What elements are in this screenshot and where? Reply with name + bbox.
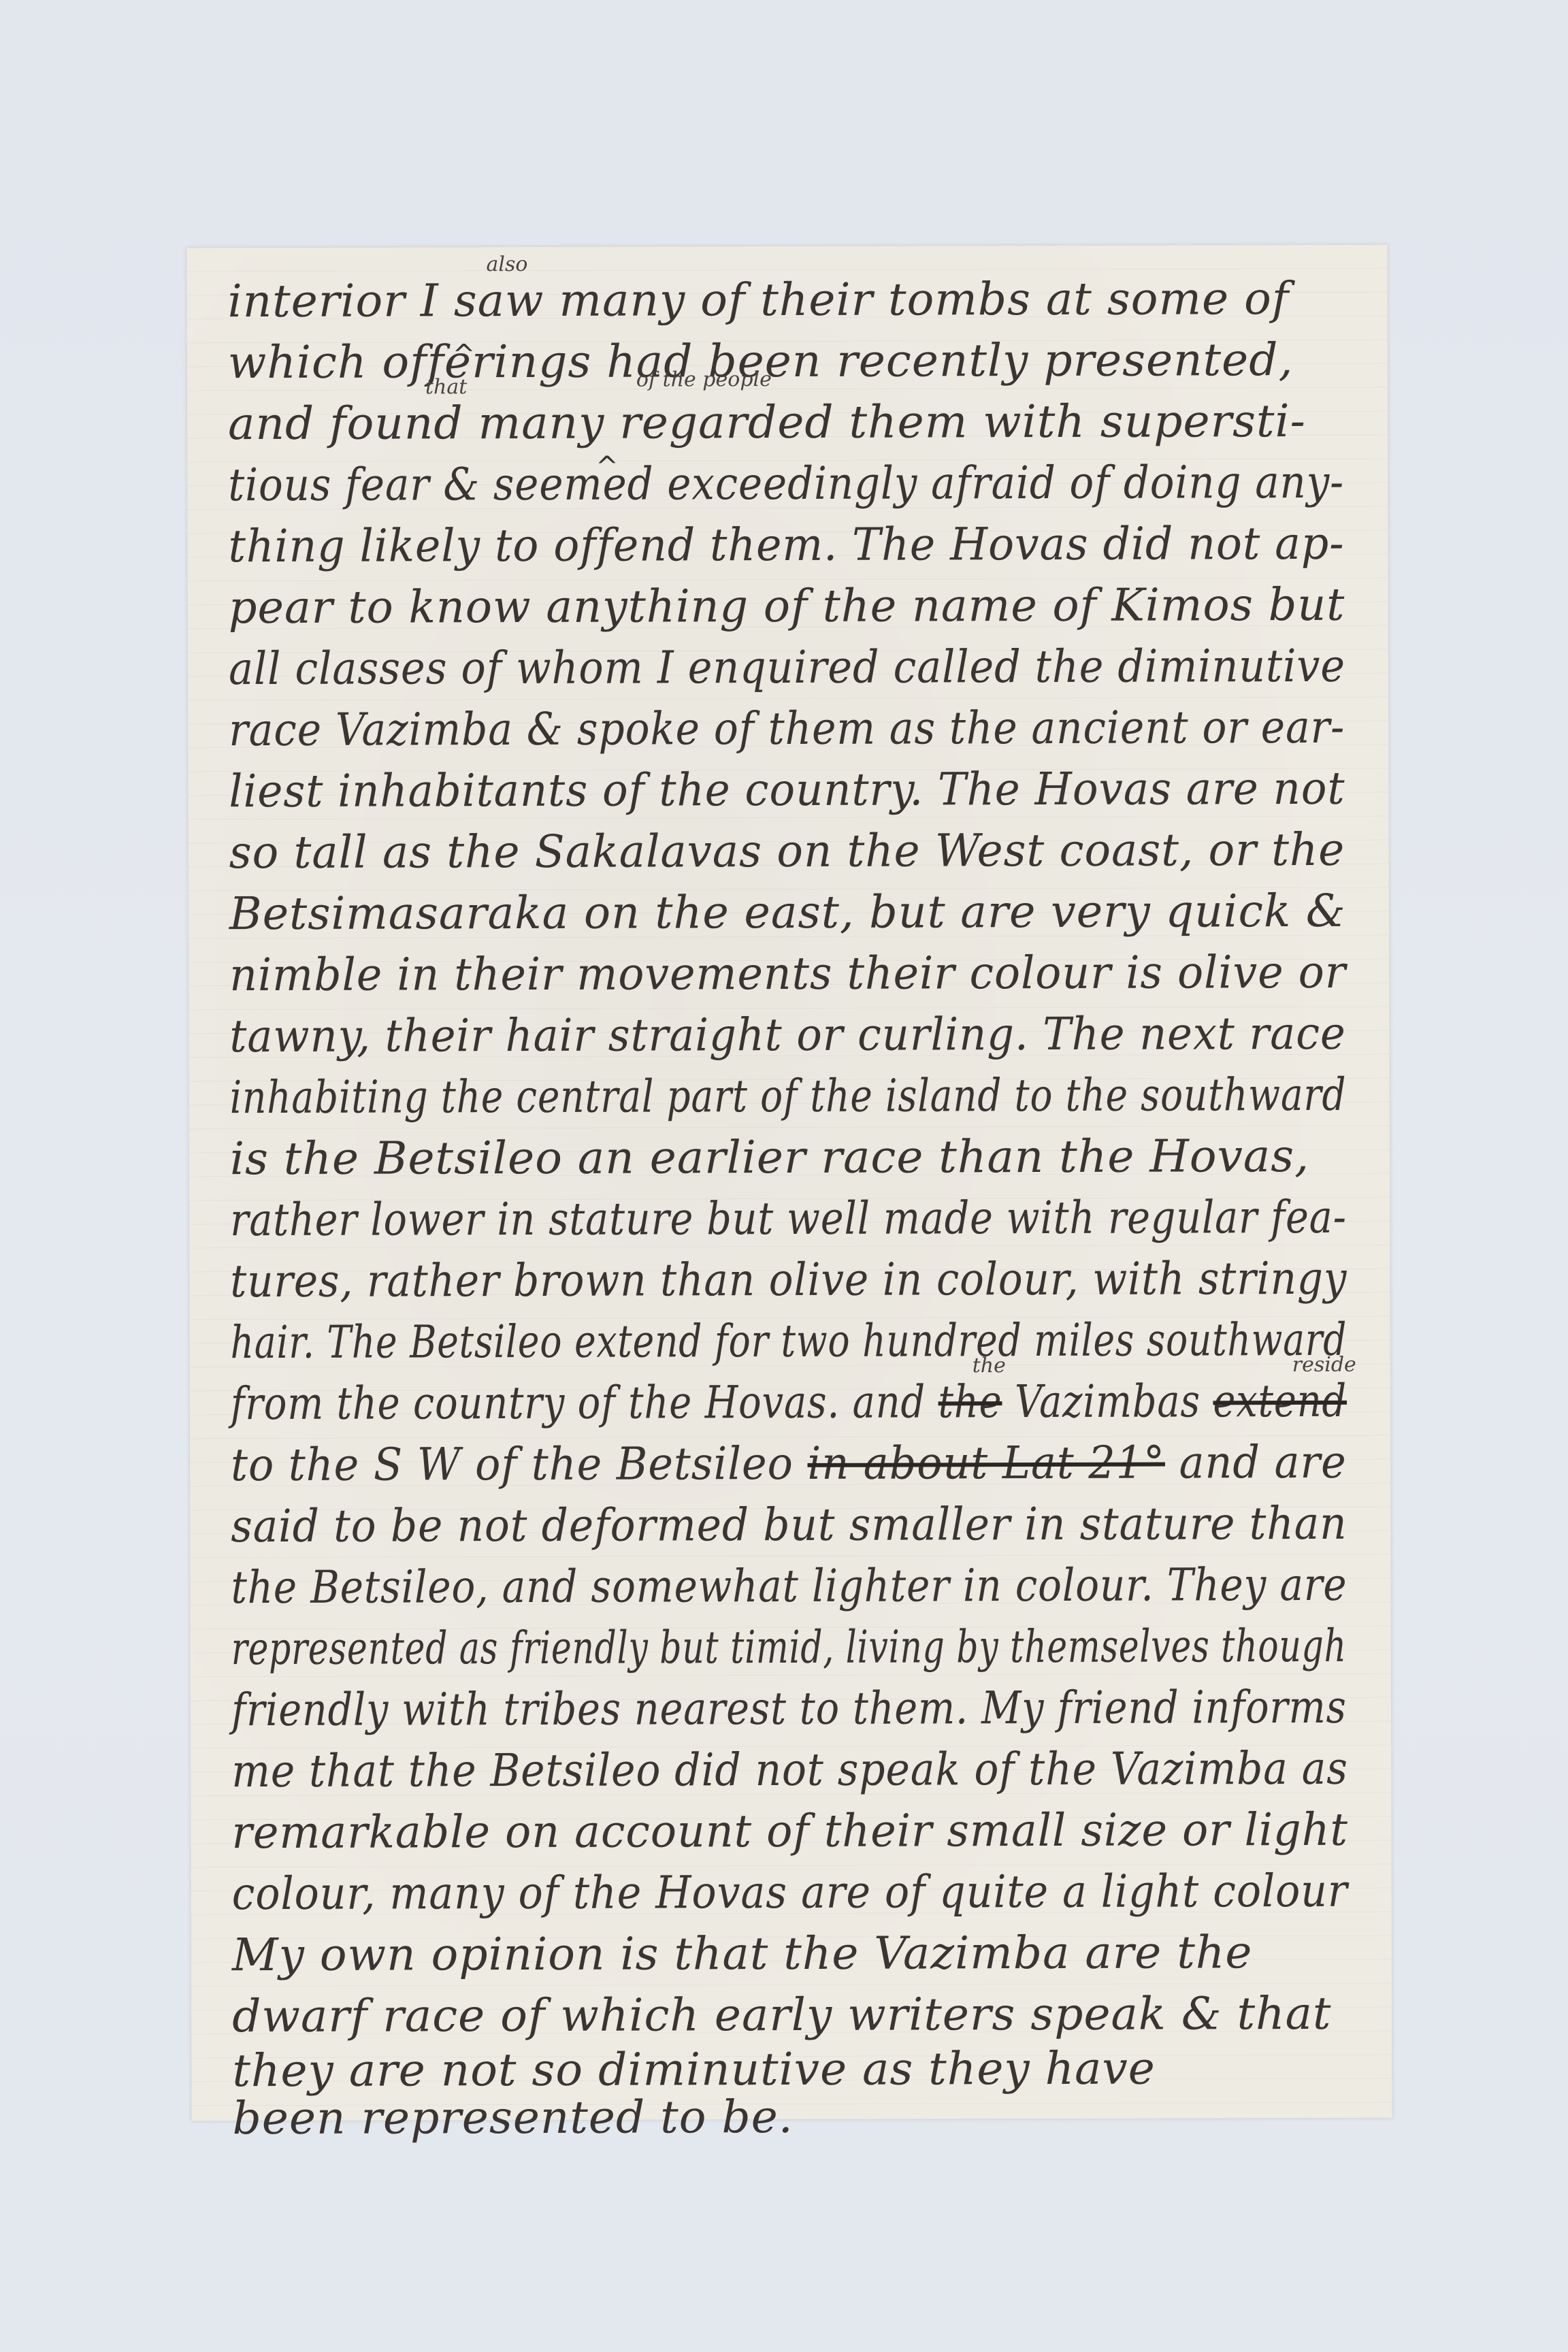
interlinear-insertion: also [486,252,527,276]
manuscript-line: so tall as the Sakalavas on the West coa… [229,823,1345,879]
manuscript-line: liest inhabitants of the country. The Ho… [229,762,1345,817]
manuscript-line: all classes of whom I enquired called th… [229,640,1345,695]
manuscript-line: been represented to be. [232,2091,793,2144]
manuscript-line: to the S W of the Betsileo in about Lat … [231,1436,1347,1491]
manuscript-line: My own opinion is that the Vazimba are t… [232,1926,1253,1981]
manuscript-line: nimble in their movements their colour i… [229,946,1346,1001]
interlinear-insertion: of the people [636,367,772,392]
manuscript-line: rather lower in stature but well made wi… [230,1191,1347,1246]
struck-text: extend [1213,1375,1347,1428]
interlinear-insertion: that [425,375,467,399]
manuscript-line: dwarf race of which early writers speak … [232,1987,1331,2042]
interlinear-insertion: reside [1292,1353,1356,1377]
manuscript-line: tious fear & seemed exceedingly afraid o… [228,456,1344,511]
manuscript-line: interior I saw many of their tombs at so… [228,272,1290,327]
manuscript-line: tures, rather brown than olive in colour… [230,1252,1347,1307]
manuscript-line: is the Betsileo an earlier race than the… [230,1130,1309,1185]
manuscript-line: pear to know anything of the name of Kim… [229,578,1345,634]
line-text: Vazimbas [1002,1375,1213,1428]
manuscript-line: said to be not deformed but smaller in s… [231,1497,1347,1552]
line-text: to the S W of the Betsileo [231,1437,808,1491]
manuscript-line: represented as friendly but timid, livin… [231,1620,1347,1675]
line-text: and are [1165,1436,1347,1489]
interlinear-insertion: the [973,1354,1006,1377]
manuscript-line: the Betsileo, and somewhat lighter in co… [231,1558,1347,1614]
manuscript-line: colour, many of the Hovas are of quite a… [232,1865,1348,1920]
manuscript-line: they are not so diminutive as they have [232,2042,1156,2097]
manuscript-line: race Vazimba & spoke of them as the anci… [229,701,1345,756]
manuscript-page: interior I saw many of their tombs at so… [186,245,1392,2121]
struck-text: the [938,1375,1002,1428]
manuscript-line: hair. The Betsileo extend for two hundre… [231,1313,1347,1369]
manuscript-line: me that the Betsileo did not speak of th… [231,1742,1348,1797]
manuscript-line: and found many regarded them with supers… [228,395,1306,450]
manuscript-line: remarkable on account of their small siz… [231,1803,1348,1859]
manuscript-line: thing likely to offend them. The Hovas d… [228,517,1344,572]
line-text: from the country of the Hovas. and [231,1375,938,1430]
manuscript-line: tawny, their hair straight or curling. T… [229,1007,1345,1062]
manuscript-line: from the country of the Hovas. and the V… [231,1375,1347,1430]
manuscript-line: inhabiting the central part of the islan… [230,1068,1347,1124]
manuscript-line: Betsimasaraka on the east, but are very … [229,885,1346,940]
manuscript-line: friendly with tribes nearest to them. My… [231,1681,1347,1736]
struck-text: in about Lat 21° [807,1437,1165,1490]
